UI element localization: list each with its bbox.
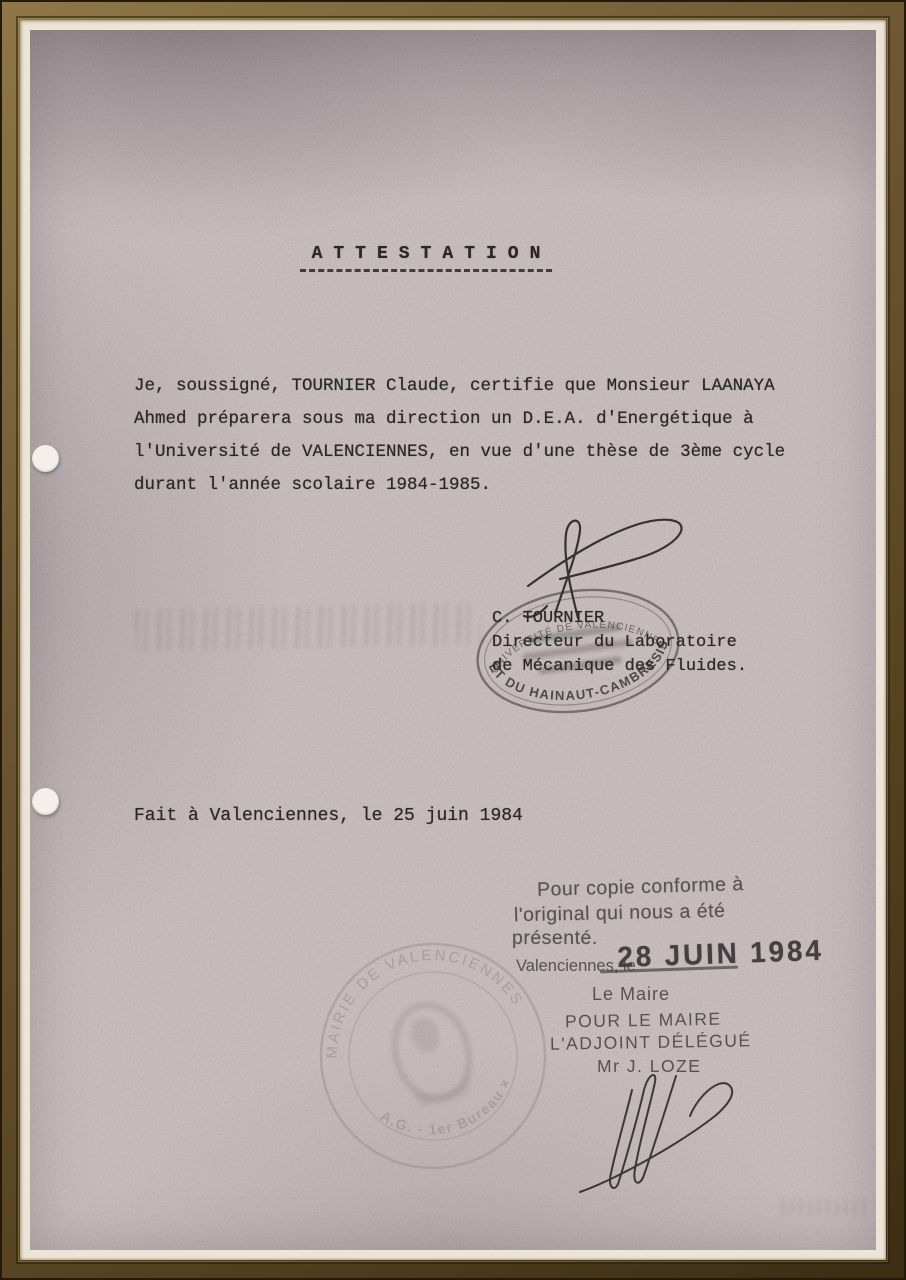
picture-frame: ATTESTATION Je, soussigné, TOURNIER Clau… — [0, 0, 906, 1280]
punch-hole-top — [32, 445, 59, 472]
title-block: ATTESTATION — [300, 244, 552, 272]
corner-smudge — [781, 1199, 871, 1215]
svg-text:MAIRIE DE VALENCIENNES: MAIRIE DE VALENCIENNES — [307, 930, 528, 1063]
on-behalf-line: POUR LE MAIRE — [565, 1009, 722, 1033]
body-line-3: l'Université de VALENCIENNES, en vue d'u… — [134, 436, 834, 469]
deputy-title: L'ADJOINT DÉLÉGUÉ — [550, 1030, 752, 1055]
body-paragraph: Je, soussigné, TOURNIER Claude, certifie… — [134, 370, 834, 502]
loze-signature — [558, 1068, 753, 1200]
signatory-block: C. TOURNIER Directeur du Laboratoire de … — [492, 607, 747, 679]
mairie-stamp-top-arc: MAIRIE DE VALENCIENNES — [307, 930, 528, 1063]
mayor-title: Le Maire — [592, 984, 670, 1005]
certification-line-2: l'original qui nous a été — [514, 900, 726, 927]
document-page: ATTESTATION Je, soussigné, TOURNIER Clau… — [30, 30, 876, 1250]
mairie-stamp-bottom-arc: A.G. - 1er Bureau × — [375, 1072, 524, 1154]
ink-bleed-smudge — [136, 602, 482, 651]
body-line-1: Je, soussigné, TOURNIER Claude, certifie… — [134, 370, 834, 403]
frame-mat: ATTESTATION Je, soussigné, TOURNIER Clau… — [20, 20, 886, 1260]
title-dashed-underline — [300, 269, 552, 272]
certification-line-1: Pour copie conforme à — [537, 873, 744, 902]
mairie-stamp-crest — [384, 996, 480, 1110]
tournier-signature — [500, 508, 695, 620]
certification-line-3: présenté. — [512, 927, 598, 950]
svg-text:A.G. - 1er Bureau ×: A.G. - 1er Bureau × — [375, 1072, 524, 1154]
punch-hole-bottom — [32, 788, 59, 815]
signatory-role-line2: de Mécanique des Fluides. — [492, 655, 747, 679]
deputy-name: Mr J. LOZE — [597, 1056, 701, 1077]
body-line-2: Ahmed préparera sous ma direction un D.E… — [134, 403, 834, 436]
page-title: ATTESTATION — [300, 244, 552, 264]
signatory-role-line1: Directeur du Laboratoire — [492, 631, 747, 655]
body-line-4: durant l'année scolaire 1984-1985. — [134, 469, 834, 502]
signatory-name: C. TOURNIER — [492, 607, 747, 631]
place-date-line: Fait à Valenciennes, le 25 juin 1984 — [134, 806, 523, 826]
